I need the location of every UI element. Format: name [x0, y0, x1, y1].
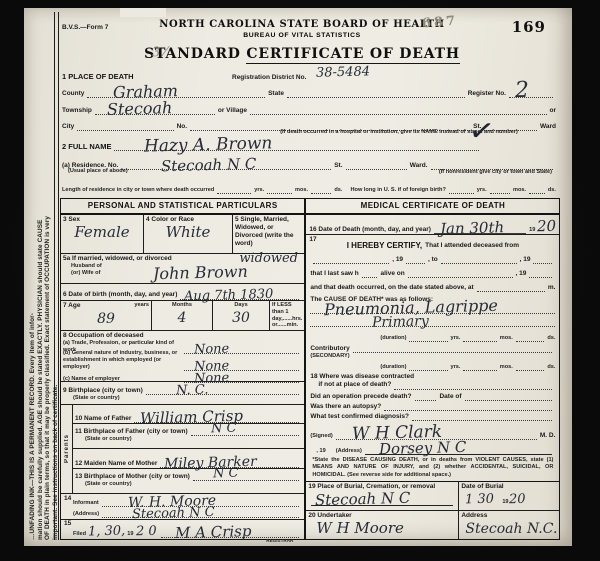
foreign-birth-label: How long in U. S. if of foreign birth? [350, 187, 445, 194]
pen-mark: 3 ⁄ [152, 46, 167, 59]
mos-label: mos. [500, 364, 513, 371]
registrar-signature: M A Crisp [175, 524, 252, 541]
or-village-label: or Village [218, 107, 247, 115]
full-name-row: 2 FULL NAME Hazy A. Brown [62, 141, 482, 151]
age-months-value: 4 [178, 310, 187, 326]
parents-label: Parents [64, 434, 70, 463]
residence-value: Stecoah N C [161, 157, 257, 174]
dotted-line [529, 268, 552, 278]
informant-number: 14 [64, 495, 71, 503]
checkmark-annotation: ✓ [466, 112, 497, 151]
register-no-value: 2 [515, 80, 530, 102]
yrs-label: yrs. [477, 187, 487, 194]
married-label: 5a If married, widowed, or divorced [63, 255, 302, 263]
register-no-label: Register No. [468, 90, 506, 98]
duration-row-1: (duration) yrs. mos. ds. [306, 332, 559, 342]
secondary-label: (SECONDARY) [310, 353, 555, 360]
city-label: City [62, 123, 74, 131]
informant-label: Informant [73, 500, 99, 507]
physician-address-line: Dorsey N C [365, 444, 553, 455]
mother-bp-value: N C [213, 467, 239, 481]
autopsy-row: Was there an autopsy? [306, 401, 559, 411]
date-of-death-row: 16 Date of Death (month, day, and year) … [306, 215, 559, 235]
father-label: 10 Name of Father [75, 415, 131, 423]
residence-st-line [346, 160, 407, 170]
length-line [490, 184, 510, 194]
marital-label: 5 Single, Married, Widowed, or Divorced … [235, 216, 302, 249]
residence-ward-label: Ward. [410, 162, 428, 170]
certification-block: 17 I HEREBY CERTIFY, That I attended dec… [306, 235, 559, 304]
burial-date-value: 1 30 [465, 493, 494, 507]
form-grid: PERSONAL AND STATISTICAL PARTICULARS 3 S… [60, 198, 560, 540]
medical-column-header: MEDICAL CERTIFICATE OF DEATH [306, 199, 559, 215]
dotted-line [463, 361, 496, 371]
mother-bp-line: N C [193, 471, 300, 481]
or-label: or [550, 107, 557, 115]
undertaker-value: W H Moore [316, 519, 404, 537]
residence-st-label: St. [334, 162, 342, 170]
length-line [529, 184, 545, 194]
scanned-death-certificate: { "scan": { "form_no": "B.V.S.—Form 7", … [0, 0, 600, 561]
age-years-cell: 7 Age years 89 [61, 301, 152, 331]
burial-value: Stecoah N C [315, 491, 411, 508]
burial-date-cell: Date of Burial 1 30 19 20 [459, 482, 559, 510]
duration-label: (duration) [380, 335, 406, 342]
age-label: 7 Age [63, 302, 80, 310]
contributory-label: Contributory [310, 345, 349, 353]
duration-label: (duration) [380, 364, 406, 371]
dotted-line [415, 391, 437, 401]
filed-row: 15 Filed 1, 30, 19 2 0 M A Crisp REGISTR… [61, 520, 304, 539]
age-years-value: 89 [97, 311, 115, 327]
ds-label: ds. [547, 364, 555, 371]
personal-column: PERSONAL AND STATISTICAL PARTICULARS 3 S… [61, 199, 306, 539]
certify-rest-label: That I attended deceased from [425, 242, 519, 250]
days-label: Days [215, 302, 267, 309]
burial-19: 19 [502, 499, 508, 506]
abode-note: (Usual place of abode) [68, 168, 128, 175]
date-of-label: Date of [439, 393, 461, 401]
yrs-label: yrs. [451, 335, 461, 342]
father-bp-line: N C [191, 426, 300, 436]
mother-row: 12 Maiden Name of Mother Miley Barker [73, 449, 304, 468]
length-of-residence-row: Length of residence in city or town wher… [62, 184, 556, 194]
item-17-number: 17 [309, 236, 316, 244]
reg-district-value: 38-5484 [316, 65, 370, 79]
informant-row: 14 Informant W. H. Moore (Address) Steco… [61, 494, 304, 520]
dob-line: Aug 7th 1830 [180, 290, 299, 300]
death-occurred-label: and that death occurred, on the date sta… [310, 284, 473, 292]
stamp-number: 687 [422, 14, 459, 30]
father-birthplace-row: 11 Birthplace of Father (city or town) N… [73, 424, 304, 449]
county-row: County Graham State Register No. 2 [62, 88, 556, 98]
dod-line: Jan 30th [434, 224, 526, 234]
place-of-death-label: 1 PLACE OF DEATH [62, 72, 134, 81]
ds-label: ds. [547, 335, 555, 342]
undertaker-row: 20 Undertaker W H Moore Address Stecoah … [306, 510, 559, 539]
burial-line: Stecoah N C [311, 495, 453, 506]
length-line [267, 184, 292, 194]
cause-footnote: *State the DISEASE CAUSING DEATH, or in … [306, 455, 559, 481]
birthplace-value: N. C. [176, 384, 209, 398]
race-cell: 4 Color or Race White [144, 215, 233, 253]
dod-label: 16 Date of Death (month, day, and year) [309, 226, 431, 234]
burial-date-label: Date of Burial [461, 483, 557, 491]
medical-column: MEDICAL CERTIFICATE OF DEATH 16 Date of … [306, 199, 559, 539]
dotted-line [362, 268, 378, 278]
length-line [217, 184, 251, 194]
dotted-line [463, 332, 496, 342]
cause-of-death-area: Pneumonia, Lagrippe Primary [310, 304, 555, 332]
operation-row: Did an operation precede death? Date of [306, 389, 559, 400]
dotted-line [465, 391, 553, 401]
length-line [311, 184, 331, 194]
registrar-label: REGISTRAR [266, 538, 293, 544]
father-row: 10 Name of Father William Crisp [73, 405, 304, 424]
filed-date-value: 1, 30, [88, 525, 126, 539]
race-value: White [166, 223, 211, 241]
sex-value: Female [74, 223, 129, 241]
19-token: , 19 [392, 256, 403, 264]
filed-19: 19 [127, 531, 133, 538]
occupation-a-line: None [184, 344, 299, 354]
full-name-value: Hazy A. Brown [144, 135, 273, 155]
to-token: , to [428, 256, 438, 264]
margin-line: important. See instructions on back of c… [52, 28, 60, 540]
residence-line: Stecoah N C [121, 160, 331, 170]
dotted-line [406, 254, 425, 264]
dotted-line [516, 361, 545, 371]
register-no-line: 2 [509, 88, 553, 98]
registrar-line: M A Crisp REGISTRAR [161, 528, 299, 538]
dod-year-value: 20 [537, 219, 556, 234]
autopsy-label: Was there an autopsy? [310, 403, 381, 411]
burial-row: 19 Place of Burial, Cremation, or remova… [306, 481, 559, 510]
test-row: What test confirmed diagnosis? [306, 411, 559, 421]
ds-label: ds. [334, 187, 342, 194]
mother-birthplace-row: 13 Birthplace of Mother (city or town) N… [73, 469, 304, 493]
sex-race-marital-row: 3 Sex Female 4 Color or Race White 5 Sin… [61, 215, 304, 254]
certificate-title-b: CERTIFICATE OF DEATH [246, 46, 459, 64]
occupation-row: 8 Occupation of deceased (a) Trade, Prof… [61, 331, 304, 382]
state-label: State [268, 90, 284, 98]
undertaker-address-label: Address [461, 512, 557, 520]
physician-address-row: , 19 (Address) Dorsey N C [306, 440, 559, 455]
spouse-row: 5a If married, widowed, or divorced Husb… [61, 254, 304, 284]
last-saw-a: that I last saw h [310, 270, 358, 278]
full-name-line: Hazy A. Brown [114, 141, 479, 151]
certify-bold-label: I HEREBY CERTIFY, [347, 242, 422, 250]
birthplace-row: 9 Birthplace (city or town) N. C. (State… [61, 382, 304, 405]
informant-address-line: Stecoah N C [102, 508, 299, 518]
marital-cell: 5 Single, Married, Widowed, or Divorced … [233, 215, 304, 253]
birthplace-label: 9 Birthplace (city or town) [63, 387, 143, 395]
margin-instructions: …UNFADING INK—THIS IS A PERMANENT RECORD… [29, 28, 59, 540]
contributory-row: Contributory (SECONDARY) [306, 342, 559, 361]
dotted-line [408, 268, 513, 278]
undertaker-cell: 20 Undertaker W H Moore [306, 511, 459, 539]
county-line: Graham [87, 88, 265, 98]
township-line: Stecoah [95, 105, 215, 115]
signed-row: (Signed) W H Clark M. D. [306, 421, 559, 440]
margin-line: …UNFADING INK—THIS IS A PERMANENT RECORD… [29, 28, 37, 540]
signed-label: (Signed) [310, 433, 332, 440]
address-19-prefix: , 19 [316, 448, 325, 455]
father-state-country-note: (State or country) [85, 436, 302, 443]
dotted-line [441, 254, 517, 264]
last-saw-b: alive on [380, 270, 404, 278]
mother-state-country-note: (State or country) [85, 481, 302, 488]
yrs-label: yrs. [254, 187, 264, 194]
less-than-note: If LESS than 1 day,......hrs. or......mi… [272, 302, 302, 330]
yrs-label: yrs. [451, 364, 461, 371]
sex-cell: 3 Sex Female [61, 215, 144, 253]
age-row: 7 Age years 89 Months 4 Days 30 If LESS … [61, 301, 304, 332]
ds-label: ds. [548, 187, 556, 194]
death-occurred-line: and that death occurred, on the date sta… [310, 278, 555, 292]
age-months-cell: Months 4 [152, 301, 213, 331]
county-label: County [62, 90, 84, 98]
length-line [449, 184, 474, 194]
parents-strip: Parents [61, 405, 73, 493]
no-label: No. [177, 123, 187, 131]
dotted-line [412, 411, 552, 421]
where-contracted-b: if not at place of death? [318, 381, 391, 389]
mother-bp-label: 13 Birthplace of Mother (city or town) [75, 473, 190, 481]
occupation-b-line: None [184, 361, 299, 371]
occupation-a-value: None [194, 342, 230, 356]
informant-address-label: (Address) [73, 511, 99, 518]
dotted-line [516, 332, 545, 342]
birthplace-line: N. C. [146, 385, 300, 395]
physician-address-value: Dorsey N C [379, 440, 467, 457]
last-saw-line: that I last saw h alive on , 19 [310, 264, 555, 278]
length-label: Length of residence in city or town wher… [62, 187, 214, 194]
less-than-day-cell: If LESS than 1 day,......hrs. or......mi… [270, 301, 304, 331]
reg-district-label: Registration District No. [232, 74, 306, 82]
dotted-line [384, 401, 552, 411]
full-name-label: 2 FULL NAME [62, 142, 111, 151]
dob-row: 6 Date of birth (month, day, and year) A… [61, 284, 304, 301]
dotted-line [533, 254, 552, 264]
age-days-cell: Days 30 [213, 301, 270, 331]
where-contracted-row: 18 Where was disease contracted if not a… [306, 371, 559, 389]
city-line [77, 121, 173, 131]
cause-line-2 [310, 326, 555, 327]
township-label: Township [62, 107, 92, 115]
mos-label: mos. [500, 335, 513, 342]
filed-year-value: 2 0 [135, 525, 156, 539]
filed-number: 15 [64, 520, 71, 528]
spouse-value: John Brown [153, 264, 248, 282]
parents-block: Parents 10 Name of Father William Crisp … [61, 405, 304, 494]
age-days-value: 30 [232, 310, 250, 326]
mos-label: mos. [295, 187, 308, 194]
md-label: M. D. [540, 432, 556, 440]
dotted-line [409, 332, 447, 342]
operation-label: Did an operation precede death? [310, 393, 411, 401]
dotted-line [409, 361, 447, 371]
duration-row-2: (duration) yrs. mos. ds. [306, 361, 559, 371]
dotted-line [353, 343, 553, 353]
mother-label: 12 Maiden Name of Mother [75, 460, 157, 468]
state-line [287, 88, 465, 98]
mother-value: Miley Barker [164, 455, 257, 471]
19-token: , 19 [516, 270, 527, 278]
dod-19: 19 [529, 227, 535, 234]
occupation-b-label: (b) General nature of industry, business… [63, 350, 181, 371]
m-token: m. [548, 284, 556, 292]
dob-label: 6 Date of birth (month, day, and year) [63, 291, 177, 299]
months-label: Months [154, 302, 210, 309]
margin-line: OF DEATH in plain terms, so that it may … [44, 28, 52, 540]
attended-from-line: , 19 , to , 19 [310, 250, 555, 264]
father-bp-value: N C [211, 422, 237, 436]
address-label: (Address) [336, 448, 362, 455]
village-line [250, 105, 546, 115]
personal-column-header: PERSONAL AND STATISTICAL PARTICULARS [61, 199, 304, 215]
19-token: , 19 [520, 256, 531, 264]
dotted-line [313, 254, 389, 264]
test-label: What test confirmed diagnosis? [310, 413, 409, 421]
mos-label: mos. [513, 187, 526, 194]
years-label: years [134, 302, 149, 309]
undertaker-address-value: Stecoah N.C. [465, 521, 557, 537]
father-bp-label: 11 Birthplace of Father (city or town) [75, 428, 188, 436]
nonresident-note: (If nonresident give city or town and St… [439, 169, 552, 176]
informant-address-value: Stecoah N C [132, 506, 215, 521]
margin-line: mation should be carefully supplied. AGE… [37, 28, 45, 540]
burial-place-cell: 19 Place of Burial, Cremation, or remova… [306, 482, 459, 510]
dotted-line [477, 282, 545, 292]
dotted-line [394, 380, 552, 390]
undertaker-address-cell: Address Stecoah N.C. [459, 511, 559, 539]
hospital-note: (If death occurred in a hospital or inst… [249, 129, 549, 136]
paper-edge-tab [120, 8, 166, 17]
bureau-title: BUREAU OF VITAL STATISTICS [84, 33, 520, 40]
occupation-c-line: None [184, 373, 299, 383]
filed-label: Filed [73, 531, 86, 538]
burial-year-value: 20 [508, 493, 525, 506]
certificate-paper: …UNFADING INK—THIS IS A PERMANENT RECORD… [24, 8, 572, 546]
cause-value-2: Primary [372, 314, 429, 329]
township-value: Stecoah [107, 100, 173, 118]
certificate-title: STANDARD CERTIFICATE OF DEATH [84, 45, 520, 63]
